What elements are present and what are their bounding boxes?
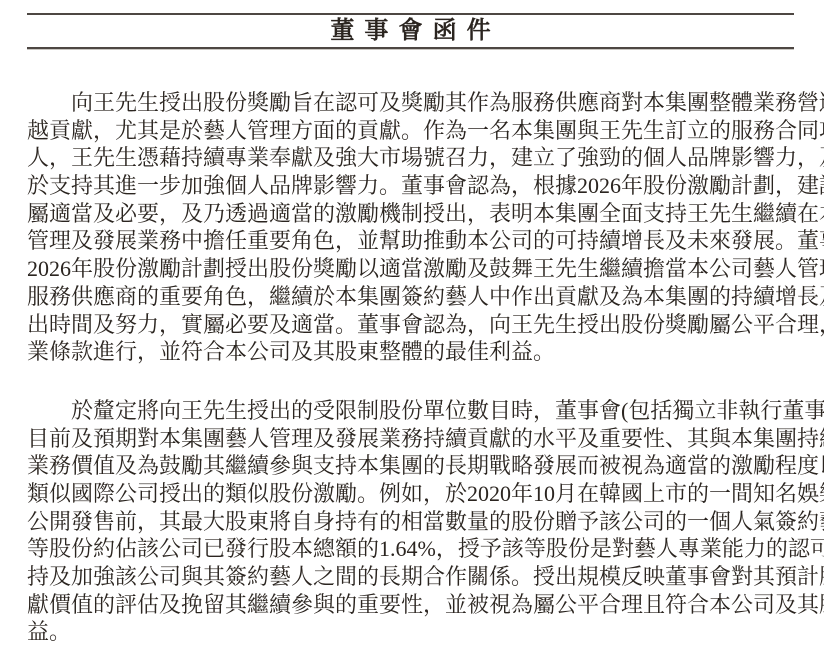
- letter-body: 向王先生授出股份獎勵旨在認可及獎勵其作為服務供應商對本集團整體業務營運作出的卓 …: [27, 89, 794, 646]
- letter-header: 董事會函件: [27, 13, 794, 50]
- text-line: 出時間及努力，實屬必要及適當。董事會認為，向王先生授出股份獎勵屬公平合理，乃按正…: [27, 311, 794, 339]
- text-line: 類似國際公司授出的類似股份激勵。例如，於2020年10月在韓國上市的一間知名娛樂…: [27, 480, 794, 508]
- text-line: 公開發售前，其最大股東將自身持有的相當數量的股份贈予該公司的一個人氣簽約藝人組合…: [27, 508, 794, 536]
- text-line: 目前及預期對本集團藝人管理及發展業務持續貢獻的水平及重要性、其與本集團持續合作產…: [27, 425, 794, 453]
- text-line: 越貢獻，尤其是於藝人管理方面的貢獻。作為一名本集團與王先生訂立的服務合同項下的簽…: [27, 117, 794, 145]
- text-line: 人，王先生憑藉持續專業奉獻及強大市場號召力，建立了強勁的個人品牌影響力，及本集團…: [27, 144, 794, 172]
- text-line: 獻價值的評估及挽留其繼續參與的重要性，並被視為屬公平合理且符合本公司及其股東的整…: [27, 591, 794, 619]
- text-line: 業務價值及為鼓勵其繼續參與支持本集團的長期戰略發展而被視為適當的激勵程度以及娛樂…: [27, 452, 794, 480]
- text-line: 服務供應商的重要角色，繼續於本集團簽約藝人中作出貢獻及為本集團的持續增長及未來發…: [27, 283, 794, 311]
- paragraph-1: 向王先生授出股份獎勵旨在認可及獎勵其作為服務供應商對本集團整體業務營運作出的卓 …: [27, 89, 794, 366]
- text-line: 屬適當及必要，及乃透過適當的激勵機制授出，表明本集團全面支持王先生繼續在本公司的…: [27, 200, 794, 228]
- page: 董事會函件 向王先生授出股份獎勵旨在認可及獎勵其作為服務供應商對本集團整體業務營…: [0, 0, 824, 661]
- text-line: 益。: [27, 618, 794, 646]
- page-title: 董事會函件: [27, 15, 794, 47]
- paragraph-2: 於釐定將向王先生授出的受限制股份單位數目時，董事會(包括獨立非執行董事)已考慮其…: [27, 397, 794, 646]
- text-line: 於支持其進一步加強個人品牌影響力。董事會認為，根據2026年股份激勵計劃，建議股…: [27, 172, 794, 200]
- text-line: 管理及發展業務中擔任重要角色，並幫助推動本公司的可持續增長及未來發展。董事會認為…: [27, 227, 794, 255]
- text-line: 等股份約佔該公司已發行股本總額的1.64%，授予該等股份是對藝人專業能力的認可，…: [27, 535, 794, 563]
- text-line: 於釐定將向王先生授出的受限制股份單位數目時，董事會(包括獨立非執行董事)已考慮其: [27, 397, 794, 425]
- text-line: 持及加強該公司與其簽約藝人之間的長期合作關係。授出規模反映董事會對其預計服務表現…: [27, 563, 794, 591]
- text-line: 2026年股份激勵計劃授出股份獎勵以適當激勵及鼓舞王先生繼續擔當本公司藝人管理及…: [27, 255, 794, 283]
- text-line: 業條款進行，並符合本公司及其股東整體的最佳利益。: [27, 338, 794, 366]
- text-line: 向王先生授出股份獎勵旨在認可及獎勵其作為服務供應商對本集團整體業務營運作出的卓: [27, 89, 794, 117]
- header-bottom-rule: [27, 47, 794, 50]
